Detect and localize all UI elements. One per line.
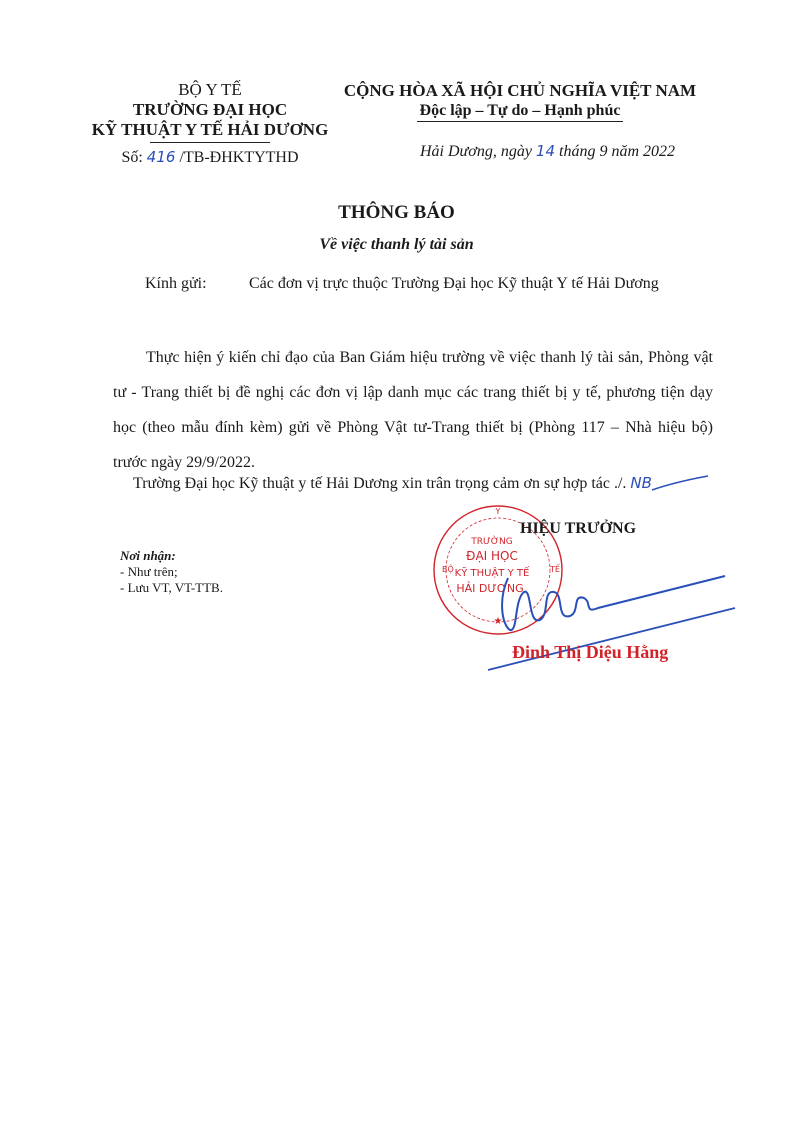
initials-flourish-icon <box>650 474 710 494</box>
svg-text:ĐẠI HỌC: ĐẠI HỌC <box>466 549 518 563</box>
header-divider <box>150 142 270 143</box>
date-prefix: Hải Dương, ngày <box>420 143 532 160</box>
distribution-label: Nơi nhận: <box>120 548 223 564</box>
handwritten-signature-icon <box>480 570 740 680</box>
document-subtitle: Về việc thanh lý tài sản <box>0 236 793 254</box>
document-title: THÔNG BÁO <box>0 202 793 224</box>
svg-text:BỘ: BỘ <box>442 563 454 574</box>
school-name-line2: KỸ THUẬT Y TẾ HẢI DƯƠNG <box>60 120 360 140</box>
signer-name: Đinh Thị Diệu Hằng <box>512 642 668 663</box>
number-suffix: /TB-ĐHKTYTHD <box>179 149 298 166</box>
handwritten-number: 416 <box>147 148 176 166</box>
closing-text: Trường Đại học Kỹ thuật y tế Hải Dương x… <box>133 475 626 492</box>
recipient-value: Các đơn vị trực thuộc Trường Đại học Kỹ … <box>249 275 659 292</box>
ministry-name: BỘ Y TẾ <box>60 80 360 100</box>
national-header: CỘNG HÒA XÃ HỘI CHỦ NGHĨA VIỆT NAM Độc l… <box>320 80 720 122</box>
number-prefix: Số: <box>121 149 142 166</box>
recipient-line: Kính gửi: Các đơn vị trực thuộc Trường Đ… <box>145 275 659 293</box>
school-name-line1: TRƯỜNG ĐẠI HỌC <box>60 100 360 120</box>
date-line: Hải Dương, ngày 14 tháng 9 năm 2022 <box>420 142 675 161</box>
document-number: Số: 416 /TB-ĐHKTYTHD <box>60 147 360 168</box>
svg-text:TRƯỜNG: TRƯỜNG <box>470 535 512 547</box>
handwritten-initials: NB <box>630 474 652 492</box>
distribution-item: - Như trên; <box>120 564 223 580</box>
recipient-label: Kính gửi: <box>145 275 245 293</box>
distribution-list: Nơi nhận: - Như trên; - Lưu VT, VT-TTB. <box>120 548 223 596</box>
signer-title: HIỆU TRƯỞNG <box>520 520 636 538</box>
distribution-item: - Lưu VT, VT-TTB. <box>120 580 223 596</box>
handwritten-day: 14 <box>536 142 555 160</box>
date-suffix: tháng 9 năm 2022 <box>559 143 675 160</box>
body-paragraph: Thực hiện ý kiến chỉ đạo của Ban Giám hi… <box>113 340 713 480</box>
issuing-agency-header: BỘ Y TẾ TRƯỜNG ĐẠI HỌC KỸ THUẬT Y TẾ HẢI… <box>60 80 360 168</box>
nation-name: CỘNG HÒA XÃ HỘI CHỦ NGHĨA VIỆT NAM <box>320 80 720 101</box>
national-motto: Độc lập – Tự do – Hạnh phúc <box>417 101 624 122</box>
document-body: Thực hiện ý kiến chỉ đạo của Ban Giám hi… <box>113 340 713 480</box>
svg-text:Y: Y <box>495 507 501 516</box>
closing-line: Trường Đại học Kỹ thuật y tế Hải Dương x… <box>133 474 710 494</box>
